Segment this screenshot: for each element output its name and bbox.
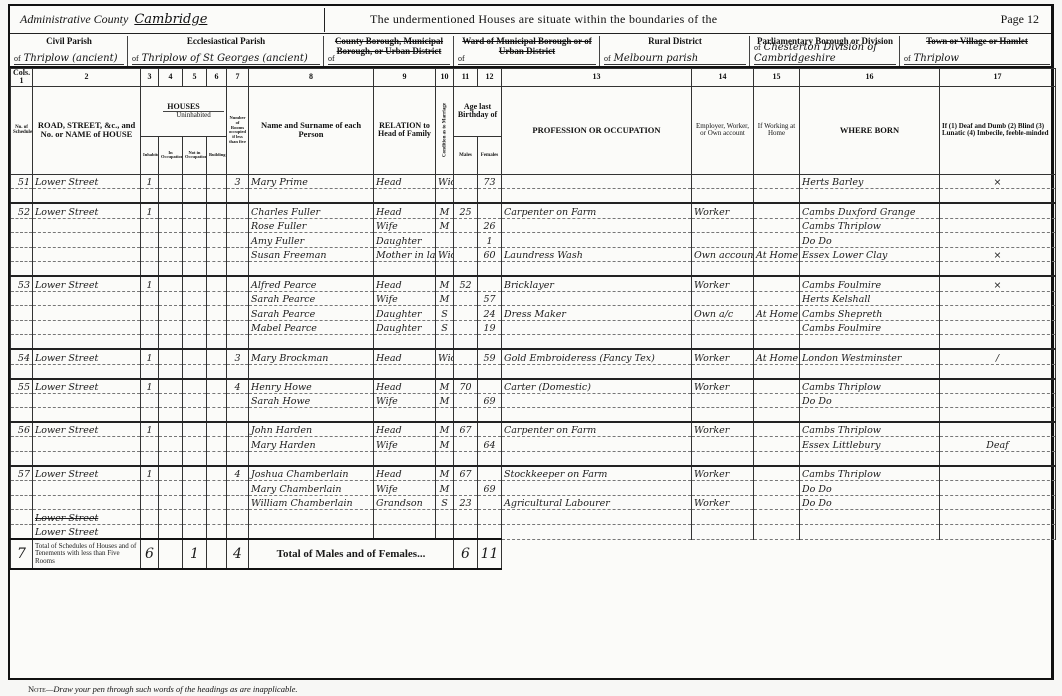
not-in-occupation-cell [183,320,207,335]
schedule-number [11,481,33,496]
district-label: Town or Village or Hamlet [900,36,1054,46]
inhabited-mark: 1 [141,349,159,364]
in-occupation-cell [159,437,183,452]
col-number: 2 [33,69,141,87]
working-at-home [754,422,800,437]
working-at-home [754,379,800,394]
admin-county-label: Administrative County [20,12,128,26]
male-age [454,437,478,452]
rooms-count: 3 [227,174,249,189]
relation: Head [374,276,436,291]
street-address: Lower Street [33,525,141,540]
occupation [502,320,692,335]
female-age: 24 [478,306,502,321]
blank-cell [183,408,207,423]
occupation [502,437,692,452]
relation: Head [374,422,436,437]
district-label: Ecclesiastical Parish [128,36,324,46]
male-age [454,481,478,496]
male-age: 70 [454,379,478,394]
street-address: Lower Street [33,203,141,218]
employment-status: Own a/c [692,306,754,321]
not-in-occupation-cell [183,495,207,510]
table-row: Sarah PearceDaughterS24Dress MakerOwn a/… [11,306,1056,321]
working-at-home: At Home [754,306,800,321]
marital-condition [436,525,454,540]
birthplace: London Westminster [800,349,940,364]
district-value: ofThriplow of St Georges (ancient) [132,53,320,65]
table-row: Mary ChamberlainWifeM69Do Do [11,481,1056,496]
female-age [478,276,502,291]
not-in-occupation-cell [183,276,207,291]
blank-cell [692,189,754,204]
female-age: 73 [478,174,502,189]
relation: Daughter [374,320,436,335]
blank-row [11,364,1056,379]
female-age [478,203,502,218]
of-label: of [904,54,911,63]
table-row: Sarah PearceWifeM57Herts Kelshall [11,291,1056,306]
of-label: of [604,54,611,63]
marital-condition [436,233,454,248]
schedule-number [11,233,33,248]
working-at-home [754,218,800,233]
marital-condition: M [436,393,454,408]
blank-cell [227,408,249,423]
building-cell [207,393,227,408]
male-age [454,306,478,321]
occupation [502,174,692,189]
inhabited-mark [141,525,159,540]
in-occupation-cell [159,495,183,510]
female-age [478,495,502,510]
blank-cell [436,408,454,423]
rooms-count [227,525,249,540]
building-cell [207,174,227,189]
table-row: Mabel PearceDaughterS19Cambs Foulmire [11,320,1056,335]
male-age: 25 [454,203,478,218]
inhabited-mark [141,393,159,408]
person-name: Henry Howe [249,379,374,394]
banner-title: The undermentioned Houses are situate wi… [370,12,717,27]
street-address [33,218,141,233]
header-inhabited: Inhabited [141,136,159,174]
marital-condition: M [436,218,454,233]
occupation [502,525,692,540]
schedule-number [11,510,33,525]
not-in-occupation-cell [183,510,207,525]
blank-cell [374,262,436,277]
blank-cell [478,262,502,277]
occupation: Agricultural Labourer [502,495,692,510]
note-text: —Draw your pen through such words of the… [46,684,298,694]
col-number: 11 [454,69,478,87]
blank-cell [183,364,207,379]
table-row: 54Lower Street13Mary BrockmanHeadWid59Go… [11,349,1056,364]
building-cell [207,510,227,525]
working-at-home [754,466,800,481]
occupation [502,233,692,248]
blank-cell [249,408,374,423]
male-age: 52 [454,276,478,291]
relation [374,510,436,525]
marital-condition [436,510,454,525]
building-cell [207,379,227,394]
working-at-home [754,233,800,248]
relation: Daughter [374,306,436,321]
footer-note: Note—Draw your pen through such words of… [28,684,298,694]
building-cell [207,218,227,233]
street-address: Lower Street [33,349,141,364]
building-cell [207,466,227,481]
not-in-occupation-cell [183,174,207,189]
infirmity: / [940,349,1056,364]
inhabited-mark: 1 [141,276,159,291]
district-civil-parish: Civil Parish ofThriplow (ancient) [10,34,128,68]
table-row: 51Lower Street13Mary PrimeHeadWid73Herts… [11,174,1056,189]
street-address: Lower Street [33,510,141,525]
employment-status [692,525,754,540]
blank-cell [436,364,454,379]
infirmity [940,481,1056,496]
inhabited-mark: 1 [141,203,159,218]
header-infirmity: If (1) Deaf and Dumb (2) Blind (3) Lunat… [940,86,1056,174]
blank-row [11,408,1056,423]
in-occupation-cell [159,174,183,189]
total-males: 6 [454,539,478,569]
employment-status [692,393,754,408]
col-number: 6 [207,69,227,87]
inhabited-mark [141,510,159,525]
birthplace: Cambs Thriplow [800,379,940,394]
female-age [478,525,502,540]
inhabited-mark [141,320,159,335]
employment-status [692,291,754,306]
total-schedules: 7 [11,539,33,569]
street-address [33,393,141,408]
blank-cell [478,364,502,379]
employment-status: Worker [692,466,754,481]
marital-condition: Wid [436,174,454,189]
schedule-number [11,525,33,540]
male-age: 23 [454,495,478,510]
district-row: Civil Parish ofThriplow (ancient) Eccles… [10,34,1051,68]
blank-cell [11,189,33,204]
not-in-occupation-cell [183,422,207,437]
inhabited-mark: 1 [141,174,159,189]
blank-cell [374,189,436,204]
relation: Head [374,203,436,218]
blank-cell [374,408,436,423]
occupation: Gold Embroideress (Fancy Tex) [502,349,692,364]
blank-cell [141,335,159,350]
blank-cell [940,335,1056,350]
birthplace: Do Do [800,393,940,408]
person-name: Sarah Pearce [249,291,374,306]
blank-cell [33,189,141,204]
blank-cell [141,364,159,379]
rooms-count [227,481,249,496]
table-row: Lower Street [11,525,1056,540]
district-parliamentary: Parliamentary Borough or Division ofChes… [750,34,900,68]
in-occupation-cell [159,481,183,496]
employment-status: Worker [692,276,754,291]
person-name: Joshua Chamberlain [249,466,374,481]
table-row: Lower Street [11,510,1056,525]
houses-group-label: HOUSES [143,103,224,111]
male-age [454,510,478,525]
relation: Head [374,349,436,364]
employment-status: Worker [692,349,754,364]
blank-cell [436,189,454,204]
relation: Wife [374,481,436,496]
inhabited-mark [141,481,159,496]
occupation: Carter (Domestic) [502,379,692,394]
blank-cell [207,408,227,423]
blank-cell [11,408,33,423]
relation: Head [374,174,436,189]
person-name [249,525,374,540]
schedule-number: 54 [11,349,33,364]
totals-blank [502,539,1056,569]
blank-cell [478,408,502,423]
birthplace: Cambs Shepreth [800,306,940,321]
header-name: Name and Surname of each Person [249,86,374,174]
blank-cell [33,262,141,277]
col-number: 9 [374,69,436,87]
blank-cell [754,408,800,423]
header-rooms: Number of Rooms occupied if less than fi… [227,86,249,174]
blank-cell [33,452,141,467]
marital-condition: M [436,422,454,437]
blank-cell [33,408,141,423]
blank-cell [159,452,183,467]
inhabited-mark [141,437,159,452]
blank-cell [159,335,183,350]
infirmity [940,510,1056,525]
table-row: 57Lower Street14Joshua ChamberlainHeadM6… [11,466,1056,481]
not-in-occupation-cell [183,349,207,364]
blank-cell [502,335,692,350]
male-age [454,525,478,540]
person-name: Mary Chamberlain [249,481,374,496]
schedule-number [11,306,33,321]
female-age: 64 [478,437,502,452]
occupation: Laundress Wash [502,247,692,262]
blank-cell [692,335,754,350]
marital-condition: M [436,379,454,394]
person-name: Susan Freeman [249,247,374,262]
occupation: Carpenter on Farm [502,422,692,437]
blank-cell [159,262,183,277]
rooms-count [227,306,249,321]
building-cell [207,276,227,291]
blank-cell [141,189,159,204]
header-males: Males [454,136,478,174]
header-occupation: PROFESSION OR OCCUPATION [502,86,692,174]
total-inhabited: 6 [141,539,159,569]
female-age: 60 [478,247,502,262]
blank-cell [478,335,502,350]
employment-status [692,510,754,525]
female-age: 57 [478,291,502,306]
male-age [454,218,478,233]
blank-cell [33,364,141,379]
header-employment: Employer, Worker, or Own account [692,86,754,174]
inhabited-mark [141,218,159,233]
working-at-home [754,291,800,306]
banner-divider [324,8,325,32]
header-age-group: Age last Birthday of [454,86,502,136]
blank-cell [800,364,940,379]
birthplace [800,510,940,525]
in-occupation-cell [159,510,183,525]
birthplace: Do Do [800,495,940,510]
blank-cell [374,452,436,467]
person-name: Mary Harden [249,437,374,452]
rooms-count [227,218,249,233]
blank-cell [502,262,692,277]
col-number: 13 [502,69,692,87]
street-address [33,495,141,510]
sheet-banner: Administrative County Cambridge The unde… [10,6,1051,34]
street-address [33,320,141,335]
blank-cell [207,262,227,277]
in-occupation-cell [159,233,183,248]
person-name: Sarah Howe [249,393,374,408]
infirmity [940,466,1056,481]
header-building: Building [207,136,227,174]
blank-cell [11,452,33,467]
page-number: Page 12 [1001,12,1039,27]
col-number: 10 [436,69,454,87]
person-name: Rose Fuller [249,218,374,233]
blank-cell [800,189,940,204]
schedule-number: 53 [11,276,33,291]
employment-status [692,320,754,335]
person-name [249,510,374,525]
blank-cell [940,364,1056,379]
blank-cell [227,335,249,350]
column-header-row: No. of Schedule ROAD, STREET, &c., and N… [11,86,1056,136]
marital-condition: S [436,306,454,321]
inhabited-mark [141,233,159,248]
blank-cell [159,189,183,204]
rooms-count: 4 [227,379,249,394]
blank-cell [454,262,478,277]
infirmity [940,422,1056,437]
female-age [478,379,502,394]
infirmity [940,393,1056,408]
table-row: 53Lower Street1Alfred PearceHeadM52Brick… [11,276,1056,291]
working-at-home [754,495,800,510]
district-ecclesiastical-parish: Ecclesiastical Parish ofThriplow of St G… [128,34,324,68]
inhabited-mark [141,247,159,262]
blank-cell [183,335,207,350]
employment-status: Worker [692,379,754,394]
working-at-home [754,174,800,189]
district-label: Civil Parish [10,36,128,46]
in-occupation-cell [159,291,183,306]
table-row: Sarah HoweWifeM69Do Do [11,393,1056,408]
of-label: of [754,43,761,52]
header-houses-group: HOUSES Uninhabited [141,86,227,136]
blank-cell [754,364,800,379]
male-age [454,320,478,335]
person-name: Mary Prime [249,174,374,189]
col-number: 5 [183,69,207,87]
col-number: 3 [141,69,159,87]
building-cell [207,306,227,321]
blank-cell [754,262,800,277]
birthplace: Cambs Thriplow [800,466,940,481]
blank-cell [207,189,227,204]
blank-cell [754,335,800,350]
occupation: Dress Maker [502,306,692,321]
not-in-occupation-cell [183,218,207,233]
building-cell [207,320,227,335]
birthplace: Essex Lower Clay [800,247,940,262]
occupation [502,510,692,525]
blank-cell [11,262,33,277]
schedule-number: 52 [11,203,33,218]
person-name: Sarah Pearce [249,306,374,321]
district-value: ofThriplow [904,53,1050,65]
not-in-occupation-cell [183,466,207,481]
table-row: Amy FullerDaughter1Do Do [11,233,1056,248]
district-value: ofChesterton Division of Cambridgeshire [754,42,896,65]
occupation [502,291,692,306]
inhabited-mark: 1 [141,466,159,481]
district-ward: Ward of Municipal Borough or of Urban Di… [454,34,600,68]
rooms-count: 4 [227,466,249,481]
street-address [33,437,141,452]
schedule-number [11,495,33,510]
building-cell [207,349,227,364]
infirmity [940,495,1056,510]
uninhabited-group-label: Uninhabited [163,111,224,119]
blank-cell [374,335,436,350]
person-name: Mary Brockman [249,349,374,364]
building-cell [207,495,227,510]
marital-condition: M [436,203,454,218]
occupation: Bricklayer [502,276,692,291]
of-label: of [328,54,335,63]
not-in-occupation-cell [183,393,207,408]
in-occupation-cell [159,393,183,408]
birthplace: Herts Kelshall [800,291,940,306]
rooms-count [227,247,249,262]
blank-cell [159,408,183,423]
col-number: 17 [940,69,1056,87]
person-name: Alfred Pearce [249,276,374,291]
blank-row [11,452,1056,467]
blank-cell [940,452,1056,467]
table-row: Mary HardenWifeM64Essex LittleburyDeaf [11,437,1056,452]
male-age: 67 [454,422,478,437]
col-number: Cols. 1 [11,69,33,87]
district-value: of [328,53,450,65]
header-in-occupation: In Occupation [159,136,183,174]
blank-cell [11,335,33,350]
female-age [478,422,502,437]
relation: Wife [374,291,436,306]
rooms-count [227,495,249,510]
blank-cell [227,452,249,467]
administrative-county: Administrative County Cambridge [20,12,207,27]
blank-cell [754,189,800,204]
male-age: 67 [454,466,478,481]
